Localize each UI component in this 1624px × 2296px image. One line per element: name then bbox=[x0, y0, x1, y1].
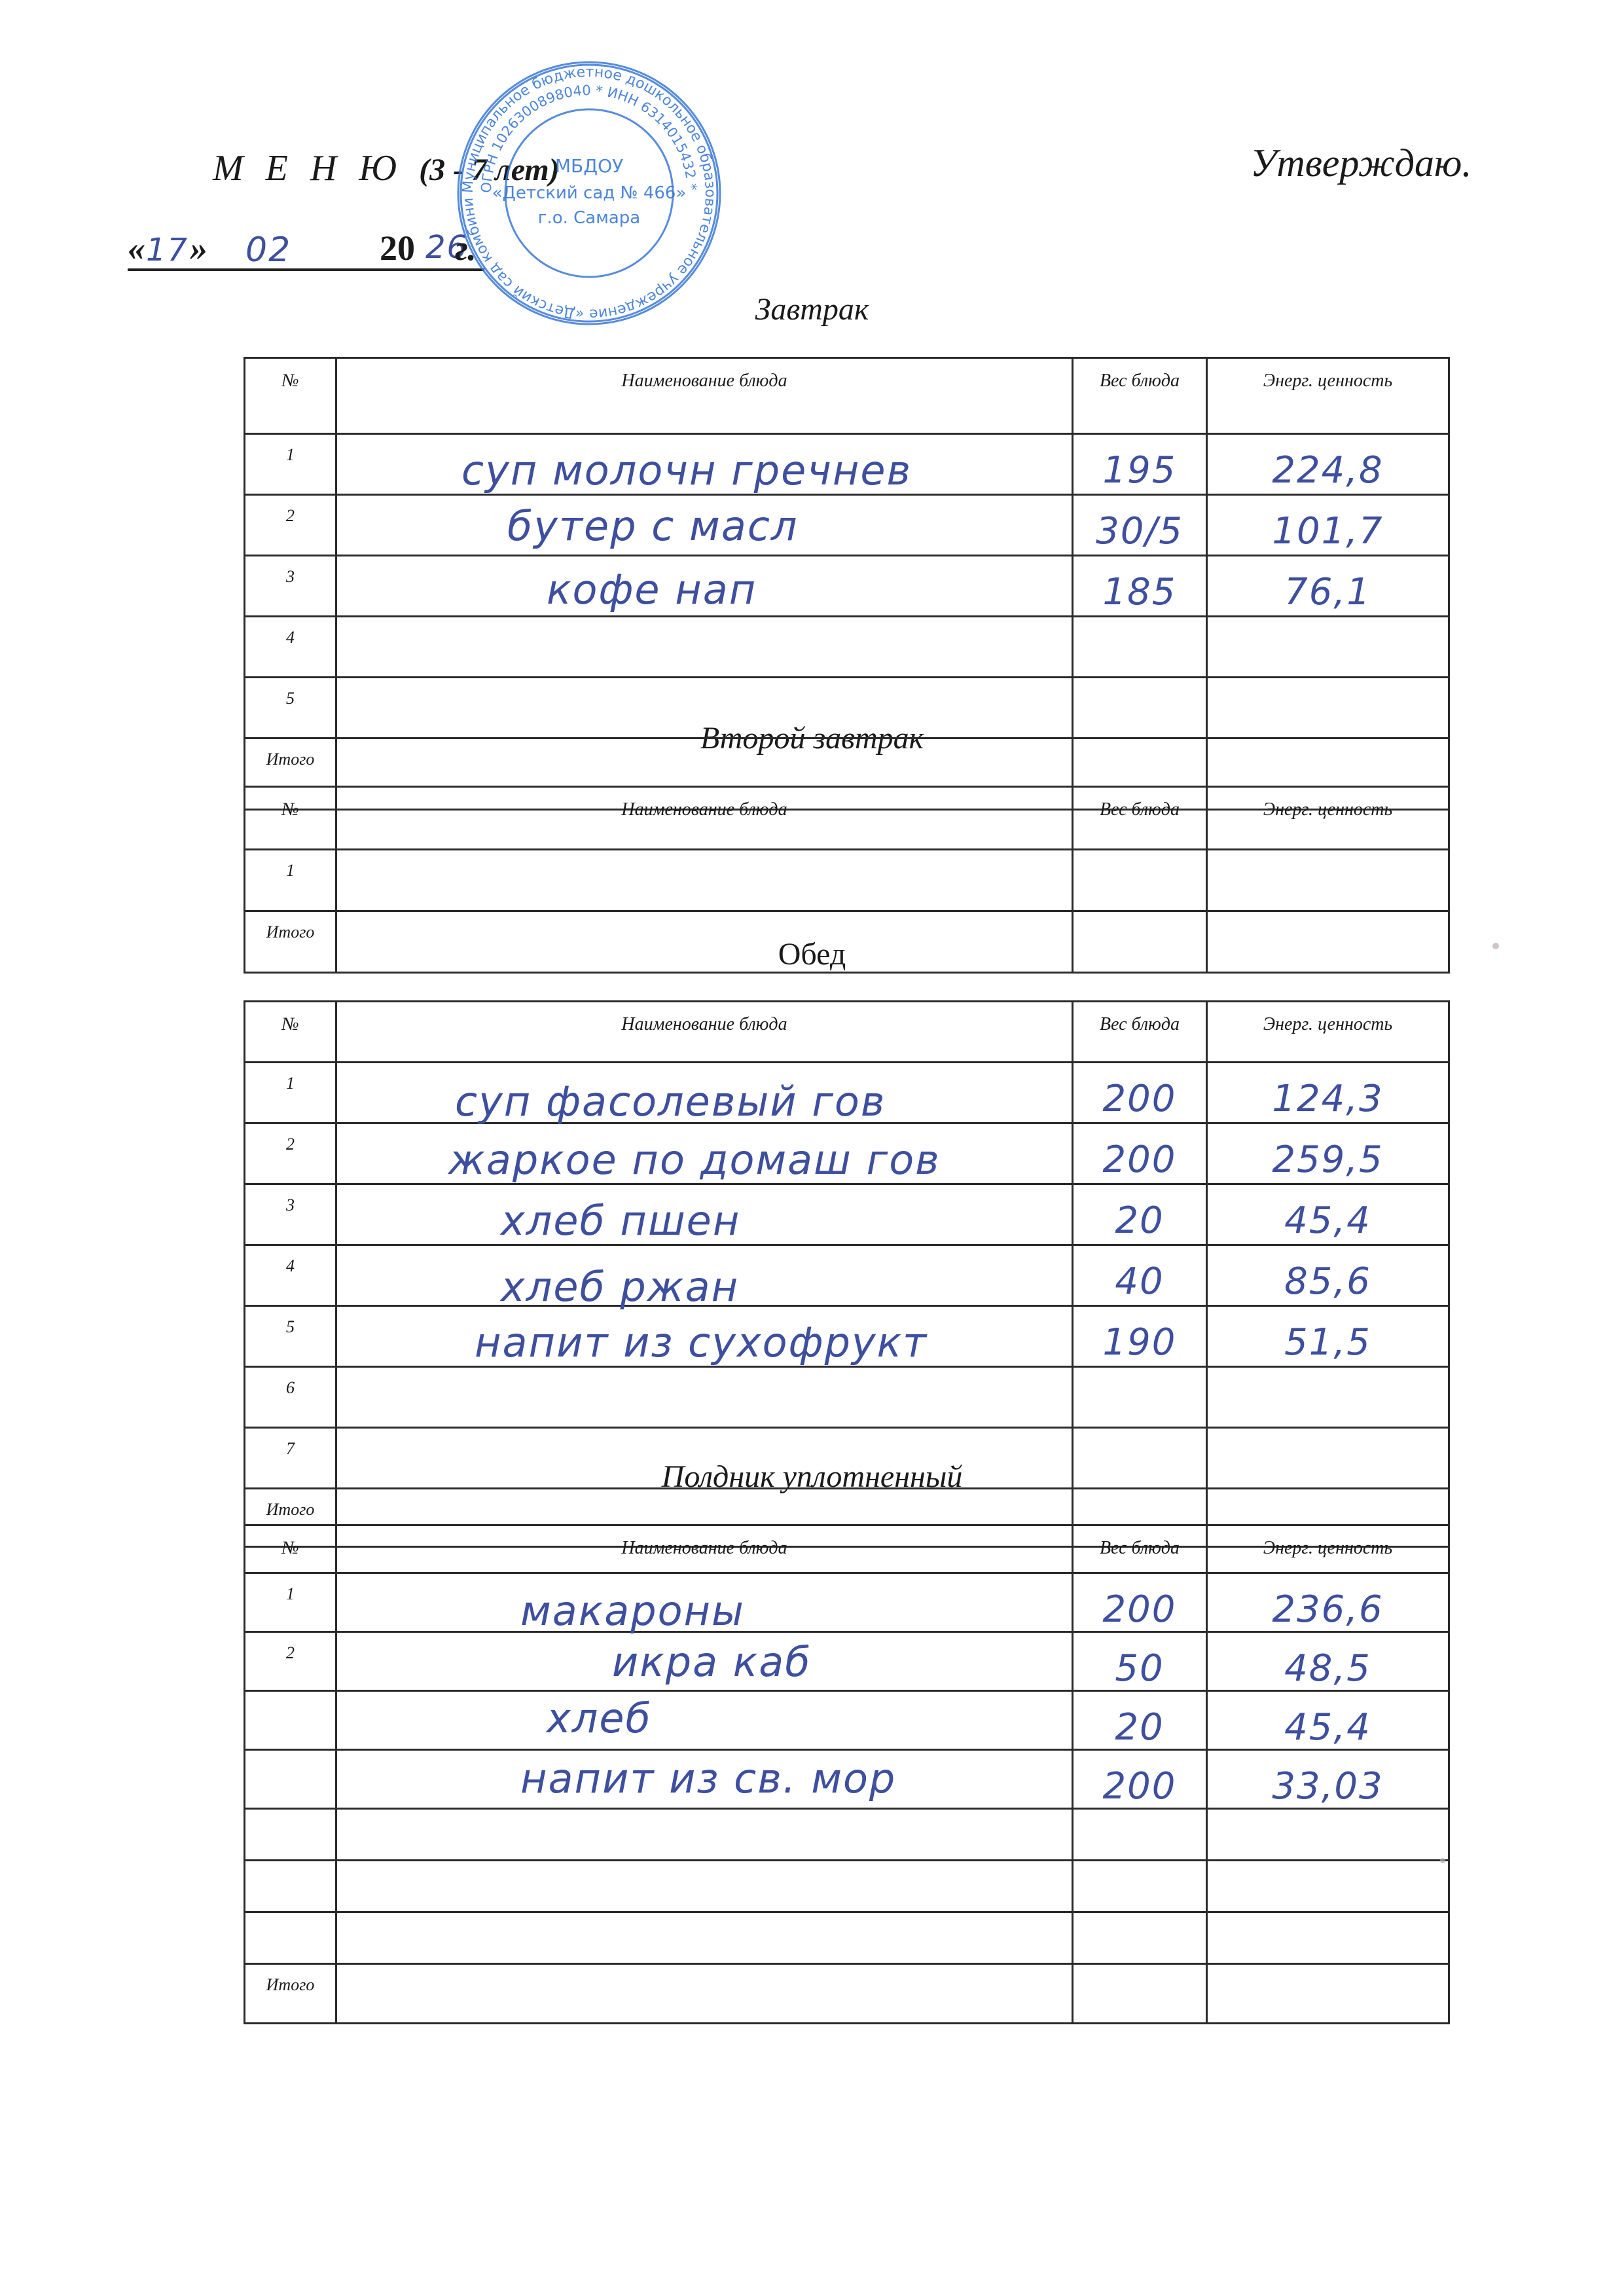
weight-cell: 20 bbox=[1073, 1691, 1207, 1750]
weight-cell bbox=[1073, 1428, 1207, 1489]
row-number: 3 bbox=[245, 1184, 336, 1245]
row-number bbox=[245, 1691, 336, 1750]
energy-cell: 85,6 bbox=[1207, 1245, 1449, 1306]
weight-cell: 50 bbox=[1073, 1632, 1207, 1691]
table-header-row: №Наименование блюдаВес блюдаЭнерг. ценно… bbox=[245, 358, 1449, 434]
energy-cell: 124,3 bbox=[1207, 1063, 1449, 1123]
energy-cell: 45,4 bbox=[1207, 1184, 1449, 1245]
dish-energy: 45,4 bbox=[1208, 1692, 1448, 1749]
date-year-unit: г. bbox=[455, 228, 477, 268]
dish-cell: хлеб bbox=[336, 1691, 1073, 1750]
dish-name: бутер с масл bbox=[507, 502, 799, 550]
table-row: 2бутер с масл30/5101,7 bbox=[245, 495, 1449, 556]
table-afternoon-snack: №Наименование блюдаВес блюдаЭнерг. ценно… bbox=[244, 1524, 1450, 2024]
dish-energy bbox=[1208, 850, 1448, 865]
dish-name: хлеб ржан bbox=[501, 1263, 739, 1311]
dish-weight bbox=[1074, 1913, 1206, 1927]
dish-cell bbox=[336, 850, 1073, 911]
dish-name: напит из сухофрукт bbox=[475, 1319, 928, 1366]
row-number bbox=[245, 1861, 336, 1912]
dish-name: хлеб bbox=[547, 1694, 652, 1742]
col-header-energy: Энерг. ценность bbox=[1207, 1525, 1449, 1573]
menu-title-text: М Е Н Ю bbox=[213, 148, 403, 189]
dish-weight bbox=[1074, 678, 1206, 693]
dish-name: суп молочн гречнев bbox=[461, 446, 912, 494]
dish-cell: макароны bbox=[336, 1573, 1073, 1632]
dish-energy bbox=[1208, 617, 1448, 632]
dish-weight bbox=[1074, 1861, 1206, 1876]
table-row: 6 bbox=[245, 1367, 1449, 1428]
dish-weight: 30/5 bbox=[1074, 496, 1206, 553]
col-header-name: Наименование блюда bbox=[336, 1525, 1073, 1573]
date-open-quote: « bbox=[128, 228, 145, 268]
row-number bbox=[245, 1912, 336, 1964]
dish-weight: 190 bbox=[1074, 1307, 1206, 1364]
energy-cell bbox=[1207, 1809, 1449, 1861]
energy-cell bbox=[1207, 1428, 1449, 1489]
dish-name: суп фасолевый гов bbox=[455, 1078, 886, 1125]
table-header-row: №Наименование блюдаВес блюдаЭнерг. ценно… bbox=[245, 1525, 1449, 1573]
row-number: 1 bbox=[245, 1063, 336, 1123]
energy-cell: 236,6 bbox=[1207, 1573, 1449, 1632]
dish-name: макароны bbox=[520, 1587, 745, 1635]
energy-cell: 76,1 bbox=[1207, 556, 1449, 617]
weight-cell bbox=[1073, 1367, 1207, 1428]
dish-cell bbox=[336, 1861, 1073, 1912]
dish-weight: 20 bbox=[1074, 1185, 1206, 1242]
row-number: 4 bbox=[245, 1245, 336, 1306]
dish-energy: 76,1 bbox=[1208, 556, 1448, 613]
dish-energy bbox=[1208, 1810, 1448, 1824]
row-number: 7 bbox=[245, 1428, 336, 1489]
table-row: 3хлеб пшен2045,4 bbox=[245, 1184, 1449, 1245]
weight-cell: 195 bbox=[1073, 434, 1207, 495]
dish-energy: 259,5 bbox=[1208, 1124, 1448, 1181]
energy-cell bbox=[1207, 1861, 1449, 1912]
table-row: напит из св. мор20033,03 bbox=[245, 1750, 1449, 1809]
age-range: (3 - 7 лет) bbox=[419, 153, 560, 187]
table-row: 1макароны200236,6 bbox=[245, 1573, 1449, 1632]
total-label: Итого bbox=[245, 911, 336, 973]
table-row bbox=[245, 1912, 1449, 1964]
col-header-num: № bbox=[245, 1525, 336, 1573]
scan-speck bbox=[1492, 943, 1499, 949]
dish-energy bbox=[1208, 1429, 1448, 1443]
dish-weight bbox=[1074, 850, 1206, 865]
table-second-breakfast: №Наименование блюдаВес блюдаЭнерг. ценно… bbox=[244, 786, 1450, 974]
energy-cell: 45,4 bbox=[1207, 1691, 1449, 1750]
dish-weight: 185 bbox=[1074, 556, 1206, 613]
date-year-prefix: 20 bbox=[380, 228, 415, 268]
dish-energy: 236,6 bbox=[1208, 1574, 1448, 1631]
total-energy-cell bbox=[1207, 1964, 1449, 2024]
dish-weight: 200 bbox=[1074, 1751, 1206, 1808]
table-header-row: №Наименование блюдаВес блюдаЭнерг. ценно… bbox=[245, 787, 1449, 850]
dish-weight: 20 bbox=[1074, 1692, 1206, 1749]
stamp-center-line3: г.о. Самара bbox=[538, 208, 640, 228]
col-header-num: № bbox=[245, 358, 336, 434]
col-header-num: № bbox=[245, 1002, 336, 1063]
row-number: 2 bbox=[245, 1123, 336, 1184]
row-number bbox=[245, 1750, 336, 1809]
total-name-cell bbox=[336, 911, 1073, 973]
dish-weight bbox=[1074, 1429, 1206, 1443]
dish-cell: икра каб bbox=[336, 1632, 1073, 1691]
energy-cell bbox=[1207, 850, 1449, 911]
row-number: 1 bbox=[245, 434, 336, 495]
row-number: 2 bbox=[245, 495, 336, 556]
dish-name: икра каб bbox=[612, 1638, 811, 1686]
weight-cell: 200 bbox=[1073, 1750, 1207, 1809]
dish-weight: 200 bbox=[1074, 1063, 1206, 1120]
menu-title: М Е Н Ю (3 - 7 лет) bbox=[213, 147, 560, 189]
table-row bbox=[245, 1861, 1449, 1912]
dish-energy: 101,7 bbox=[1208, 496, 1448, 553]
section-title-breakfast: Завтрак bbox=[0, 291, 1624, 327]
date-close-quote: » bbox=[190, 228, 208, 268]
energy-cell: 33,03 bbox=[1207, 1750, 1449, 1809]
total-label: Итого bbox=[245, 1964, 336, 2024]
col-header-weight: Вес блюда bbox=[1073, 787, 1207, 850]
row-number: 3 bbox=[245, 556, 336, 617]
total-weight-cell bbox=[1073, 911, 1207, 973]
table-row: 3кофе нап18576,1 bbox=[245, 556, 1449, 617]
table-row: 4 bbox=[245, 617, 1449, 678]
energy-cell: 224,8 bbox=[1207, 434, 1449, 495]
table-row: 1 bbox=[245, 850, 1449, 911]
dish-energy: 85,6 bbox=[1208, 1246, 1448, 1303]
weight-cell bbox=[1073, 1809, 1207, 1861]
row-number: 4 bbox=[245, 617, 336, 678]
dish-cell bbox=[336, 678, 1073, 738]
weight-cell bbox=[1073, 850, 1207, 911]
dish-cell: напит из сухофрукт bbox=[336, 1306, 1073, 1367]
table-lunch: №Наименование блюдаВес блюдаЭнерг. ценно… bbox=[244, 1000, 1450, 1548]
dish-cell bbox=[336, 1809, 1073, 1861]
total-energy-cell bbox=[1207, 911, 1449, 973]
stamp-center-line1: МБДОУ bbox=[555, 155, 623, 177]
row-number: 5 bbox=[245, 1306, 336, 1367]
dish-energy: 224,8 bbox=[1208, 435, 1448, 492]
table-header-row: №Наименование блюдаВес блюдаЭнерг. ценно… bbox=[245, 1002, 1449, 1063]
dish-name: кофе нап bbox=[547, 566, 757, 613]
weight-cell: 200 bbox=[1073, 1123, 1207, 1184]
energy-cell bbox=[1207, 617, 1449, 678]
row-number bbox=[245, 1809, 336, 1861]
dish-weight: 50 bbox=[1074, 1633, 1206, 1690]
table-row bbox=[245, 1809, 1449, 1861]
table-row: 4хлеб ржан4085,6 bbox=[245, 1245, 1449, 1306]
dish-name: хлеб пшен bbox=[501, 1197, 740, 1245]
dish-name: напит из св. мор bbox=[520, 1755, 896, 1802]
col-header-name: Наименование блюда bbox=[336, 1002, 1073, 1063]
energy-cell bbox=[1207, 678, 1449, 738]
weight-cell: 190 bbox=[1073, 1306, 1207, 1367]
dish-cell bbox=[336, 617, 1073, 678]
table-row: 7 bbox=[245, 1428, 1449, 1489]
dish-weight: 40 bbox=[1074, 1246, 1206, 1303]
table-breakfast: №Наименование блюдаВес блюдаЭнерг. ценно… bbox=[244, 357, 1450, 811]
dish-cell: бутер с масл bbox=[336, 495, 1073, 556]
table-row: 1суп фасолевый гов200124,3 bbox=[245, 1063, 1449, 1123]
table-row: 5 bbox=[245, 678, 1449, 738]
dish-cell bbox=[336, 1912, 1073, 1964]
dish-cell: суп фасолевый гов bbox=[336, 1063, 1073, 1123]
col-header-num: № bbox=[245, 787, 336, 850]
col-header-name: Наименование блюда bbox=[336, 358, 1073, 434]
date-month: 02 bbox=[245, 230, 291, 270]
energy-cell bbox=[1207, 1367, 1449, 1428]
weight-cell bbox=[1073, 1912, 1207, 1964]
col-header-energy: Энерг. ценность bbox=[1207, 358, 1449, 434]
dish-cell: хлеб пшен bbox=[336, 1184, 1073, 1245]
dish-energy bbox=[1208, 1861, 1448, 1876]
col-header-weight: Вес блюда bbox=[1073, 1525, 1207, 1573]
row-number: 2 bbox=[245, 1632, 336, 1691]
dish-weight bbox=[1074, 1810, 1206, 1824]
scan-speck bbox=[1440, 1858, 1445, 1863]
weight-cell: 40 bbox=[1073, 1245, 1207, 1306]
dish-energy: 45,4 bbox=[1208, 1185, 1448, 1242]
dish-cell bbox=[336, 1367, 1073, 1428]
dish-cell bbox=[336, 1428, 1073, 1489]
dish-weight bbox=[1074, 1368, 1206, 1382]
dish-energy: 124,3 bbox=[1208, 1063, 1448, 1120]
stamp-seal-icon: Муниципальное бюджетное дошкольное образ… bbox=[452, 56, 727, 331]
weight-cell: 200 bbox=[1073, 1063, 1207, 1123]
row-number: 5 bbox=[245, 678, 336, 738]
weight-cell bbox=[1073, 678, 1207, 738]
date-day: 17 bbox=[146, 232, 189, 268]
col-header-energy: Энерг. ценность bbox=[1207, 1002, 1449, 1063]
table-row: 5напит из сухофрукт19051,5 bbox=[245, 1306, 1449, 1367]
energy-cell: 101,7 bbox=[1207, 495, 1449, 556]
table-row: 1суп молочн гречнев195224,8 bbox=[245, 434, 1449, 495]
dish-weight: 200 bbox=[1074, 1124, 1206, 1181]
weight-cell bbox=[1073, 1861, 1207, 1912]
approval-label: Утверждаю. bbox=[1250, 141, 1471, 186]
col-header-weight: Вес блюда bbox=[1073, 358, 1207, 434]
dish-energy bbox=[1208, 678, 1448, 693]
col-header-name: Наименование блюда bbox=[336, 787, 1073, 850]
weight-cell bbox=[1073, 617, 1207, 678]
table-row: 2жаркое по домаш гов200259,5 bbox=[245, 1123, 1449, 1184]
dish-name: жаркое по домаш гов bbox=[448, 1136, 941, 1184]
weight-cell: 185 bbox=[1073, 556, 1207, 617]
energy-cell: 259,5 bbox=[1207, 1123, 1449, 1184]
dish-weight: 200 bbox=[1074, 1574, 1206, 1631]
dish-cell: жаркое по домаш гов bbox=[336, 1123, 1073, 1184]
dish-cell: хлеб ржан bbox=[336, 1245, 1073, 1306]
dish-energy: 48,5 bbox=[1208, 1633, 1448, 1690]
col-header-weight: Вес блюда bbox=[1073, 1002, 1207, 1063]
total-row: Итого bbox=[245, 1964, 1449, 2024]
energy-cell: 51,5 bbox=[1207, 1306, 1449, 1367]
weight-cell: 30/5 bbox=[1073, 495, 1207, 556]
row-number: 1 bbox=[245, 1573, 336, 1632]
dish-cell: кофе нап bbox=[336, 556, 1073, 617]
table-row: хлеб2045,4 bbox=[245, 1691, 1449, 1750]
col-header-energy: Энерг. ценность bbox=[1207, 787, 1449, 850]
energy-cell bbox=[1207, 1912, 1449, 1964]
dish-energy bbox=[1208, 1368, 1448, 1382]
energy-cell: 48,5 bbox=[1207, 1632, 1449, 1691]
row-number: 6 bbox=[245, 1367, 336, 1428]
dish-weight bbox=[1074, 617, 1206, 632]
institution-stamp: Муниципальное бюджетное дошкольное образ… bbox=[452, 56, 727, 331]
dish-cell: напит из св. мор bbox=[336, 1750, 1073, 1809]
total-weight-cell bbox=[1073, 1964, 1207, 2024]
total-row: Итого bbox=[245, 911, 1449, 973]
weight-cell: 20 bbox=[1073, 1184, 1207, 1245]
dish-weight: 195 bbox=[1074, 435, 1206, 492]
dish-cell: суп молочн гречнев bbox=[336, 434, 1073, 495]
menu-date: « 17 » 02 20 26 г. bbox=[128, 228, 484, 271]
row-number: 1 bbox=[245, 850, 336, 911]
total-name-cell bbox=[336, 1964, 1073, 2024]
table-row: 2икра каб5048,5 bbox=[245, 1632, 1449, 1691]
dish-energy bbox=[1208, 1913, 1448, 1927]
dish-energy: 33,03 bbox=[1208, 1751, 1448, 1808]
dish-energy: 51,5 bbox=[1208, 1307, 1448, 1364]
weight-cell: 200 bbox=[1073, 1573, 1207, 1632]
